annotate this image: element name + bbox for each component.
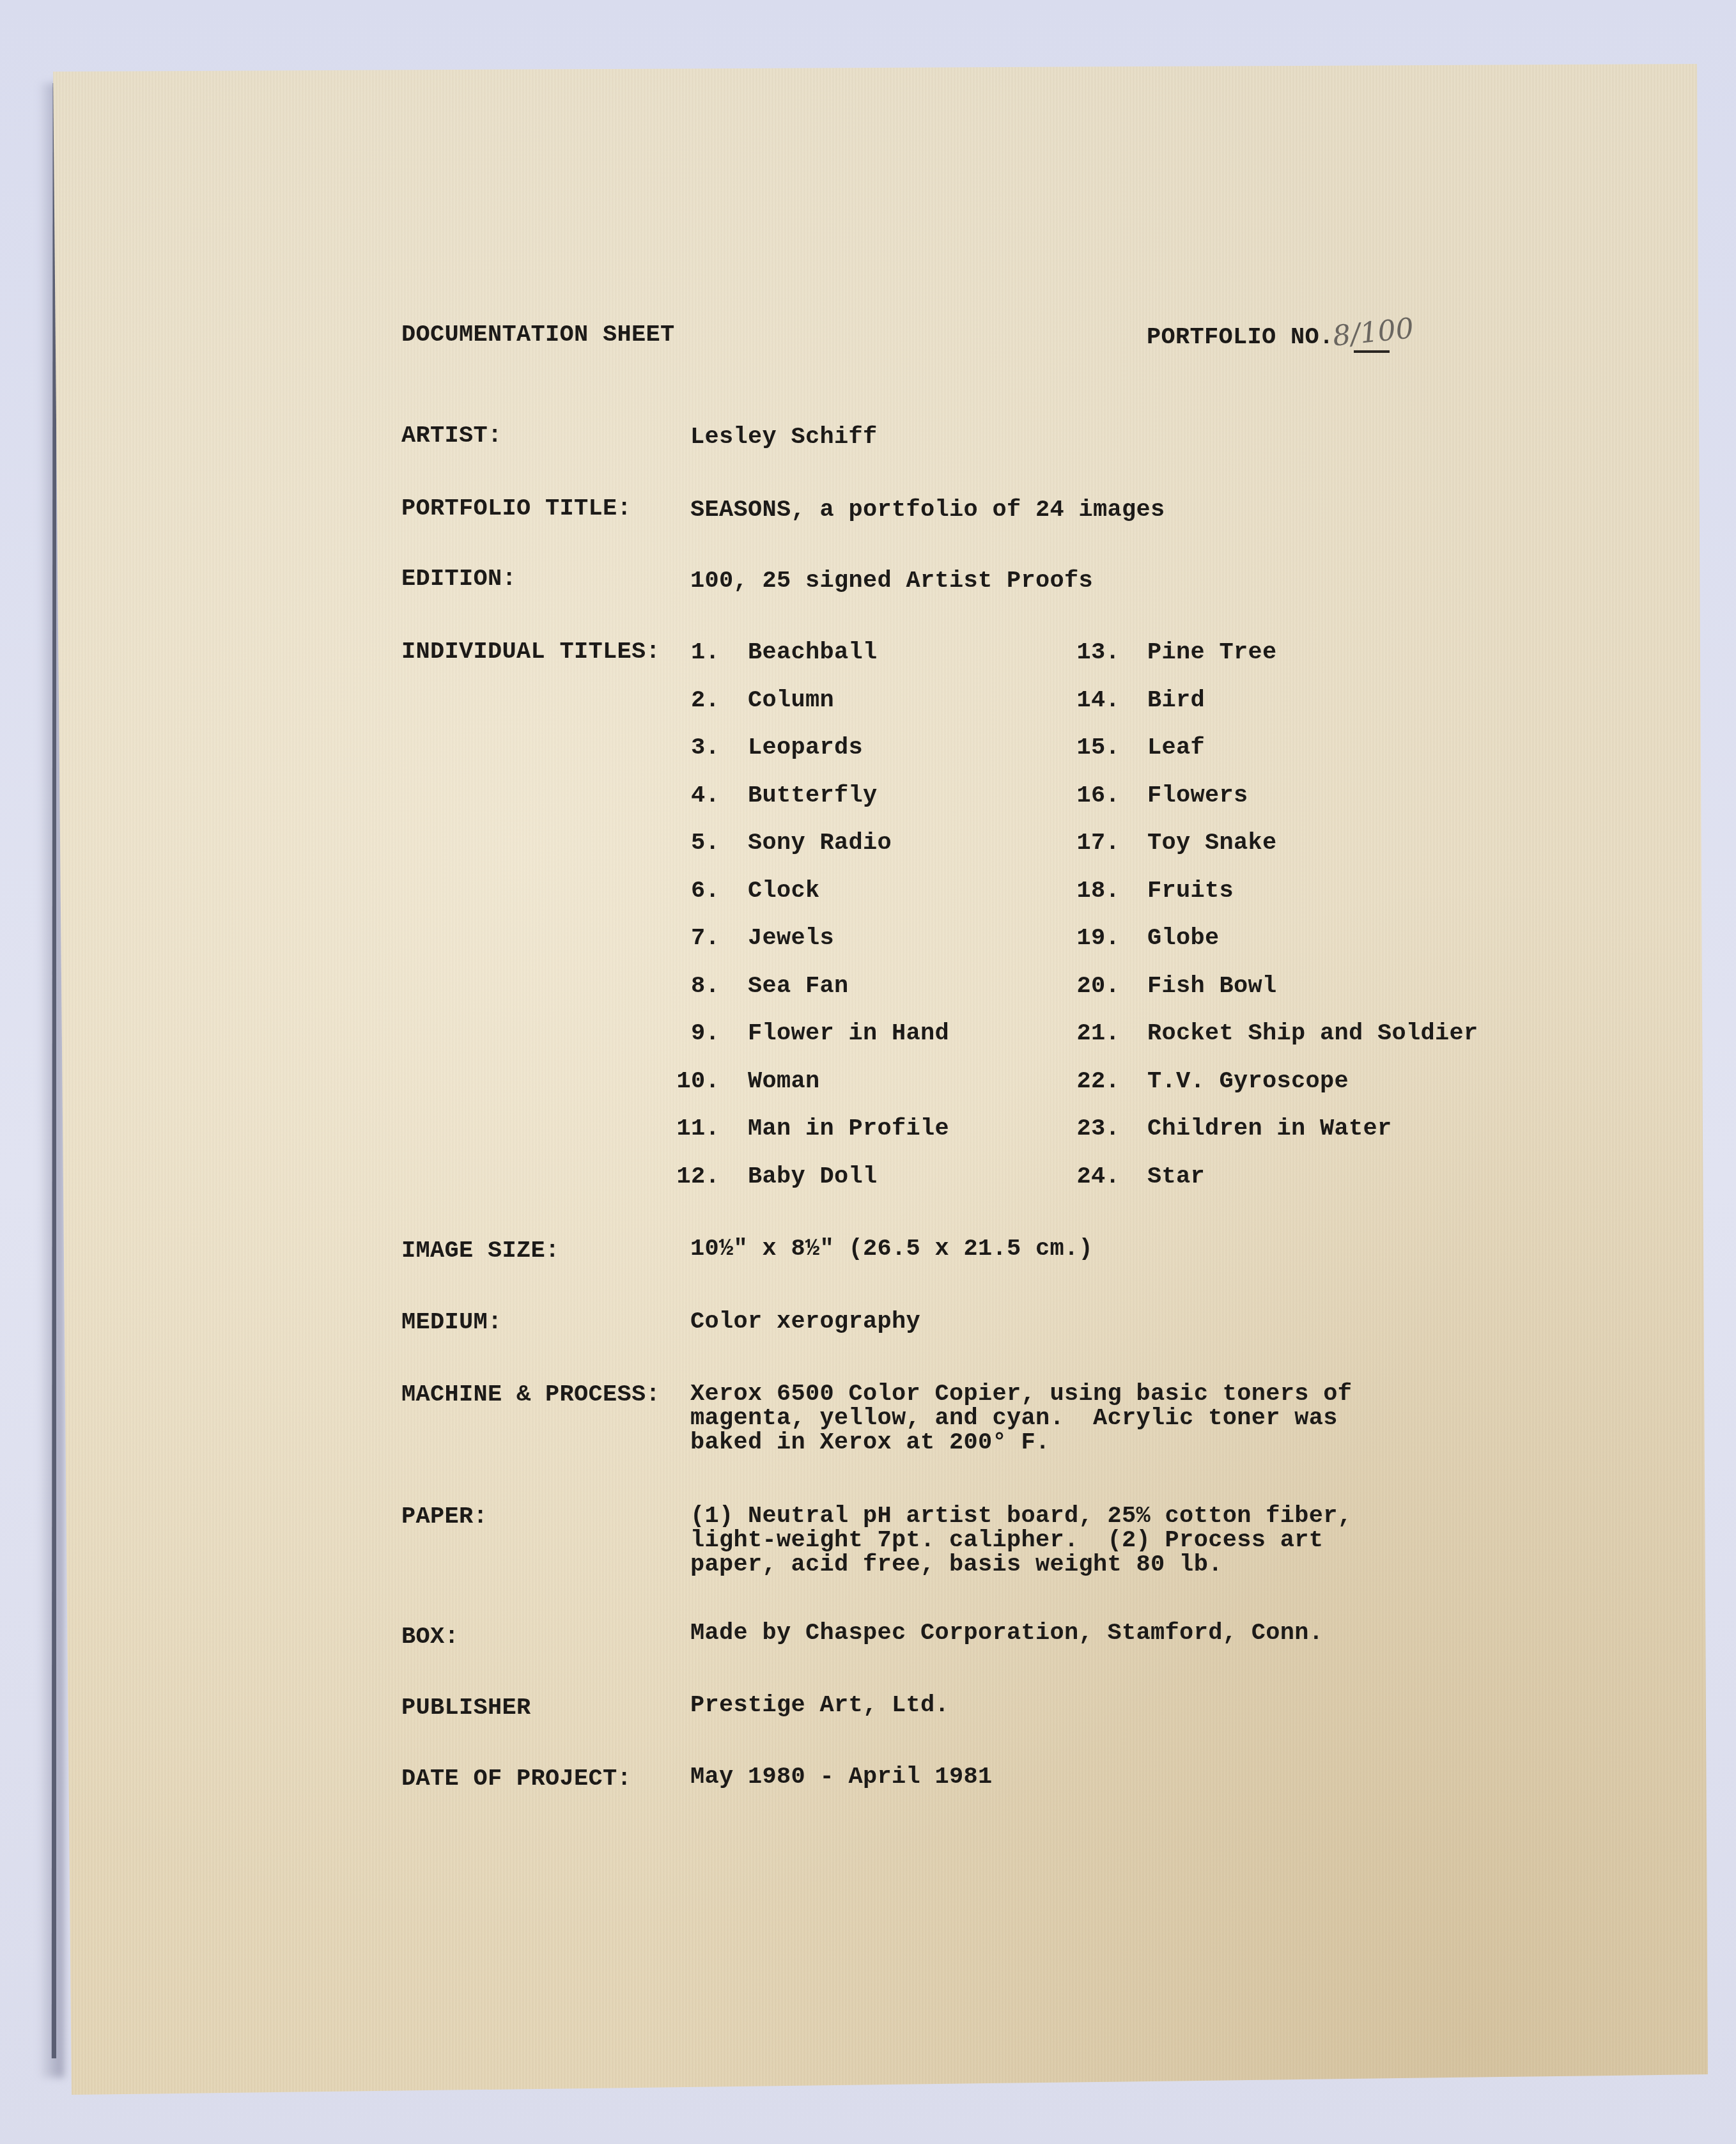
- title-number: 5.: [691, 831, 720, 855]
- title-number: 4.: [691, 784, 720, 808]
- title-name: Toy Snake: [1147, 831, 1277, 855]
- title-name: Sony Radio: [748, 831, 892, 855]
- title-name: Flower in Hand: [748, 1022, 949, 1046]
- machine-process-line: baked in Xerox at 200° F.: [690, 1431, 1050, 1455]
- title-number: 20.: [1076, 974, 1120, 998]
- medium-label: MEDIUM:: [401, 1310, 502, 1335]
- title-number: 9.: [691, 1022, 720, 1046]
- date-of-project-label: DATE OF PROJECT:: [401, 1767, 632, 1791]
- title-name: Beachball: [748, 641, 878, 665]
- title-number: 10.: [676, 1069, 720, 1094]
- title-name: Bird: [1147, 688, 1205, 713]
- title-number: 7.: [691, 926, 720, 951]
- paper-line: light-weight 7pt. calipher. (2) Process …: [690, 1528, 1323, 1553]
- title-number: 14.: [1076, 688, 1120, 713]
- title-number: 1.: [691, 641, 720, 665]
- paper-label: PAPER:: [401, 1505, 488, 1529]
- publisher-value: Prestige Art, Ltd.: [690, 1693, 949, 1718]
- paper-line: (1) Neutral pH artist board, 25% cotton …: [690, 1504, 1352, 1528]
- title-number: 6.: [691, 879, 720, 903]
- title-name: Man in Profile: [748, 1117, 949, 1141]
- image-size-value: 10½" x 8½" (26.5 x 21.5 cm.): [690, 1237, 1093, 1261]
- title-name: Sea Fan: [748, 974, 849, 998]
- title-name: Clock: [748, 879, 820, 903]
- title-number: 18.: [1076, 879, 1120, 903]
- title-number: 2.: [691, 688, 720, 713]
- title-number: 22.: [1076, 1069, 1120, 1094]
- title-number: 17.: [1076, 831, 1120, 855]
- title-name: Leopards: [748, 736, 863, 760]
- medium-value: Color xerography: [690, 1310, 920, 1334]
- title-name: Children in Water: [1147, 1117, 1392, 1141]
- title-name: Pine Tree: [1147, 641, 1277, 665]
- portfolio-no-underline: [1354, 350, 1390, 353]
- machine-process-line: magenta, yellow, and cyan. Acrylic toner…: [690, 1406, 1338, 1431]
- title-number: 15.: [1076, 736, 1120, 760]
- title-name: Globe: [1147, 926, 1220, 951]
- portfolio-title-value: SEASONS, a portfolio of 24 images: [690, 498, 1165, 522]
- artist-label: ARTIST:: [401, 424, 502, 448]
- title-name: Column: [748, 688, 834, 713]
- date-of-project-value: May 1980 - April 1981: [690, 1765, 993, 1789]
- title-name: Fruits: [1147, 879, 1234, 903]
- title-name: Leaf: [1147, 736, 1205, 760]
- title-name: T.V. Gyroscope: [1147, 1069, 1349, 1094]
- title-number: 16.: [1076, 784, 1120, 808]
- title-number: 11.: [676, 1117, 720, 1141]
- title-number: 3.: [691, 736, 720, 760]
- title-number: 19.: [1076, 926, 1120, 951]
- box-value: Made by Chaspec Corporation, Stamford, C…: [690, 1621, 1323, 1645]
- title-name: Baby Doll: [748, 1165, 878, 1189]
- documentation-sheet: DOCUMENTATION SHEET PORTFOLIO NO. 8/100 …: [0, 0, 1736, 2144]
- artist-value: Lesley Schiff: [690, 425, 878, 449]
- title-number: 23.: [1076, 1117, 1120, 1141]
- title-name: Jewels: [748, 926, 834, 951]
- title-name: Butterfly: [748, 784, 878, 808]
- publisher-label: PUBLISHER: [401, 1696, 531, 1720]
- portfolio-no-handwritten: 8/100: [1331, 312, 1415, 353]
- title-name: Fish Bowl: [1147, 974, 1277, 998]
- title-name: Rocket Ship and Soldier: [1147, 1022, 1478, 1046]
- sheet-title: DOCUMENTATION SHEET: [401, 323, 675, 347]
- image-size-label: IMAGE SIZE:: [401, 1239, 560, 1263]
- edition-label: EDITION:: [401, 567, 516, 591]
- title-name: Star: [1147, 1165, 1205, 1189]
- machine-process-line: Xerox 6500 Color Copier, using basic ton…: [690, 1382, 1352, 1406]
- title-number: 21.: [1076, 1022, 1120, 1046]
- box-label: BOX:: [401, 1625, 459, 1649]
- portfolio-title-label: PORTFOLIO TITLE:: [401, 497, 632, 521]
- sheet-content: DOCUMENTATION SHEET PORTFOLIO NO. 8/100 …: [0, 0, 1736, 2144]
- title-number: 12.: [676, 1165, 720, 1189]
- portfolio-no-label: PORTFOLIO NO.: [1147, 325, 1334, 350]
- edition-value: 100, 25 signed Artist Proofs: [690, 569, 1093, 593]
- machine-process-label: MACHINE & PROCESS:: [401, 1383, 660, 1407]
- title-name: Woman: [748, 1069, 820, 1094]
- title-number: 24.: [1076, 1165, 1120, 1189]
- paper-line: paper, acid free, basis weight 80 lb.: [690, 1553, 1223, 1577]
- title-number: 13.: [1076, 641, 1120, 665]
- individual-titles-label: INDIVIDUAL TITLES:: [401, 640, 660, 664]
- title-number: 8.: [691, 974, 720, 998]
- title-name: Flowers: [1147, 784, 1248, 808]
